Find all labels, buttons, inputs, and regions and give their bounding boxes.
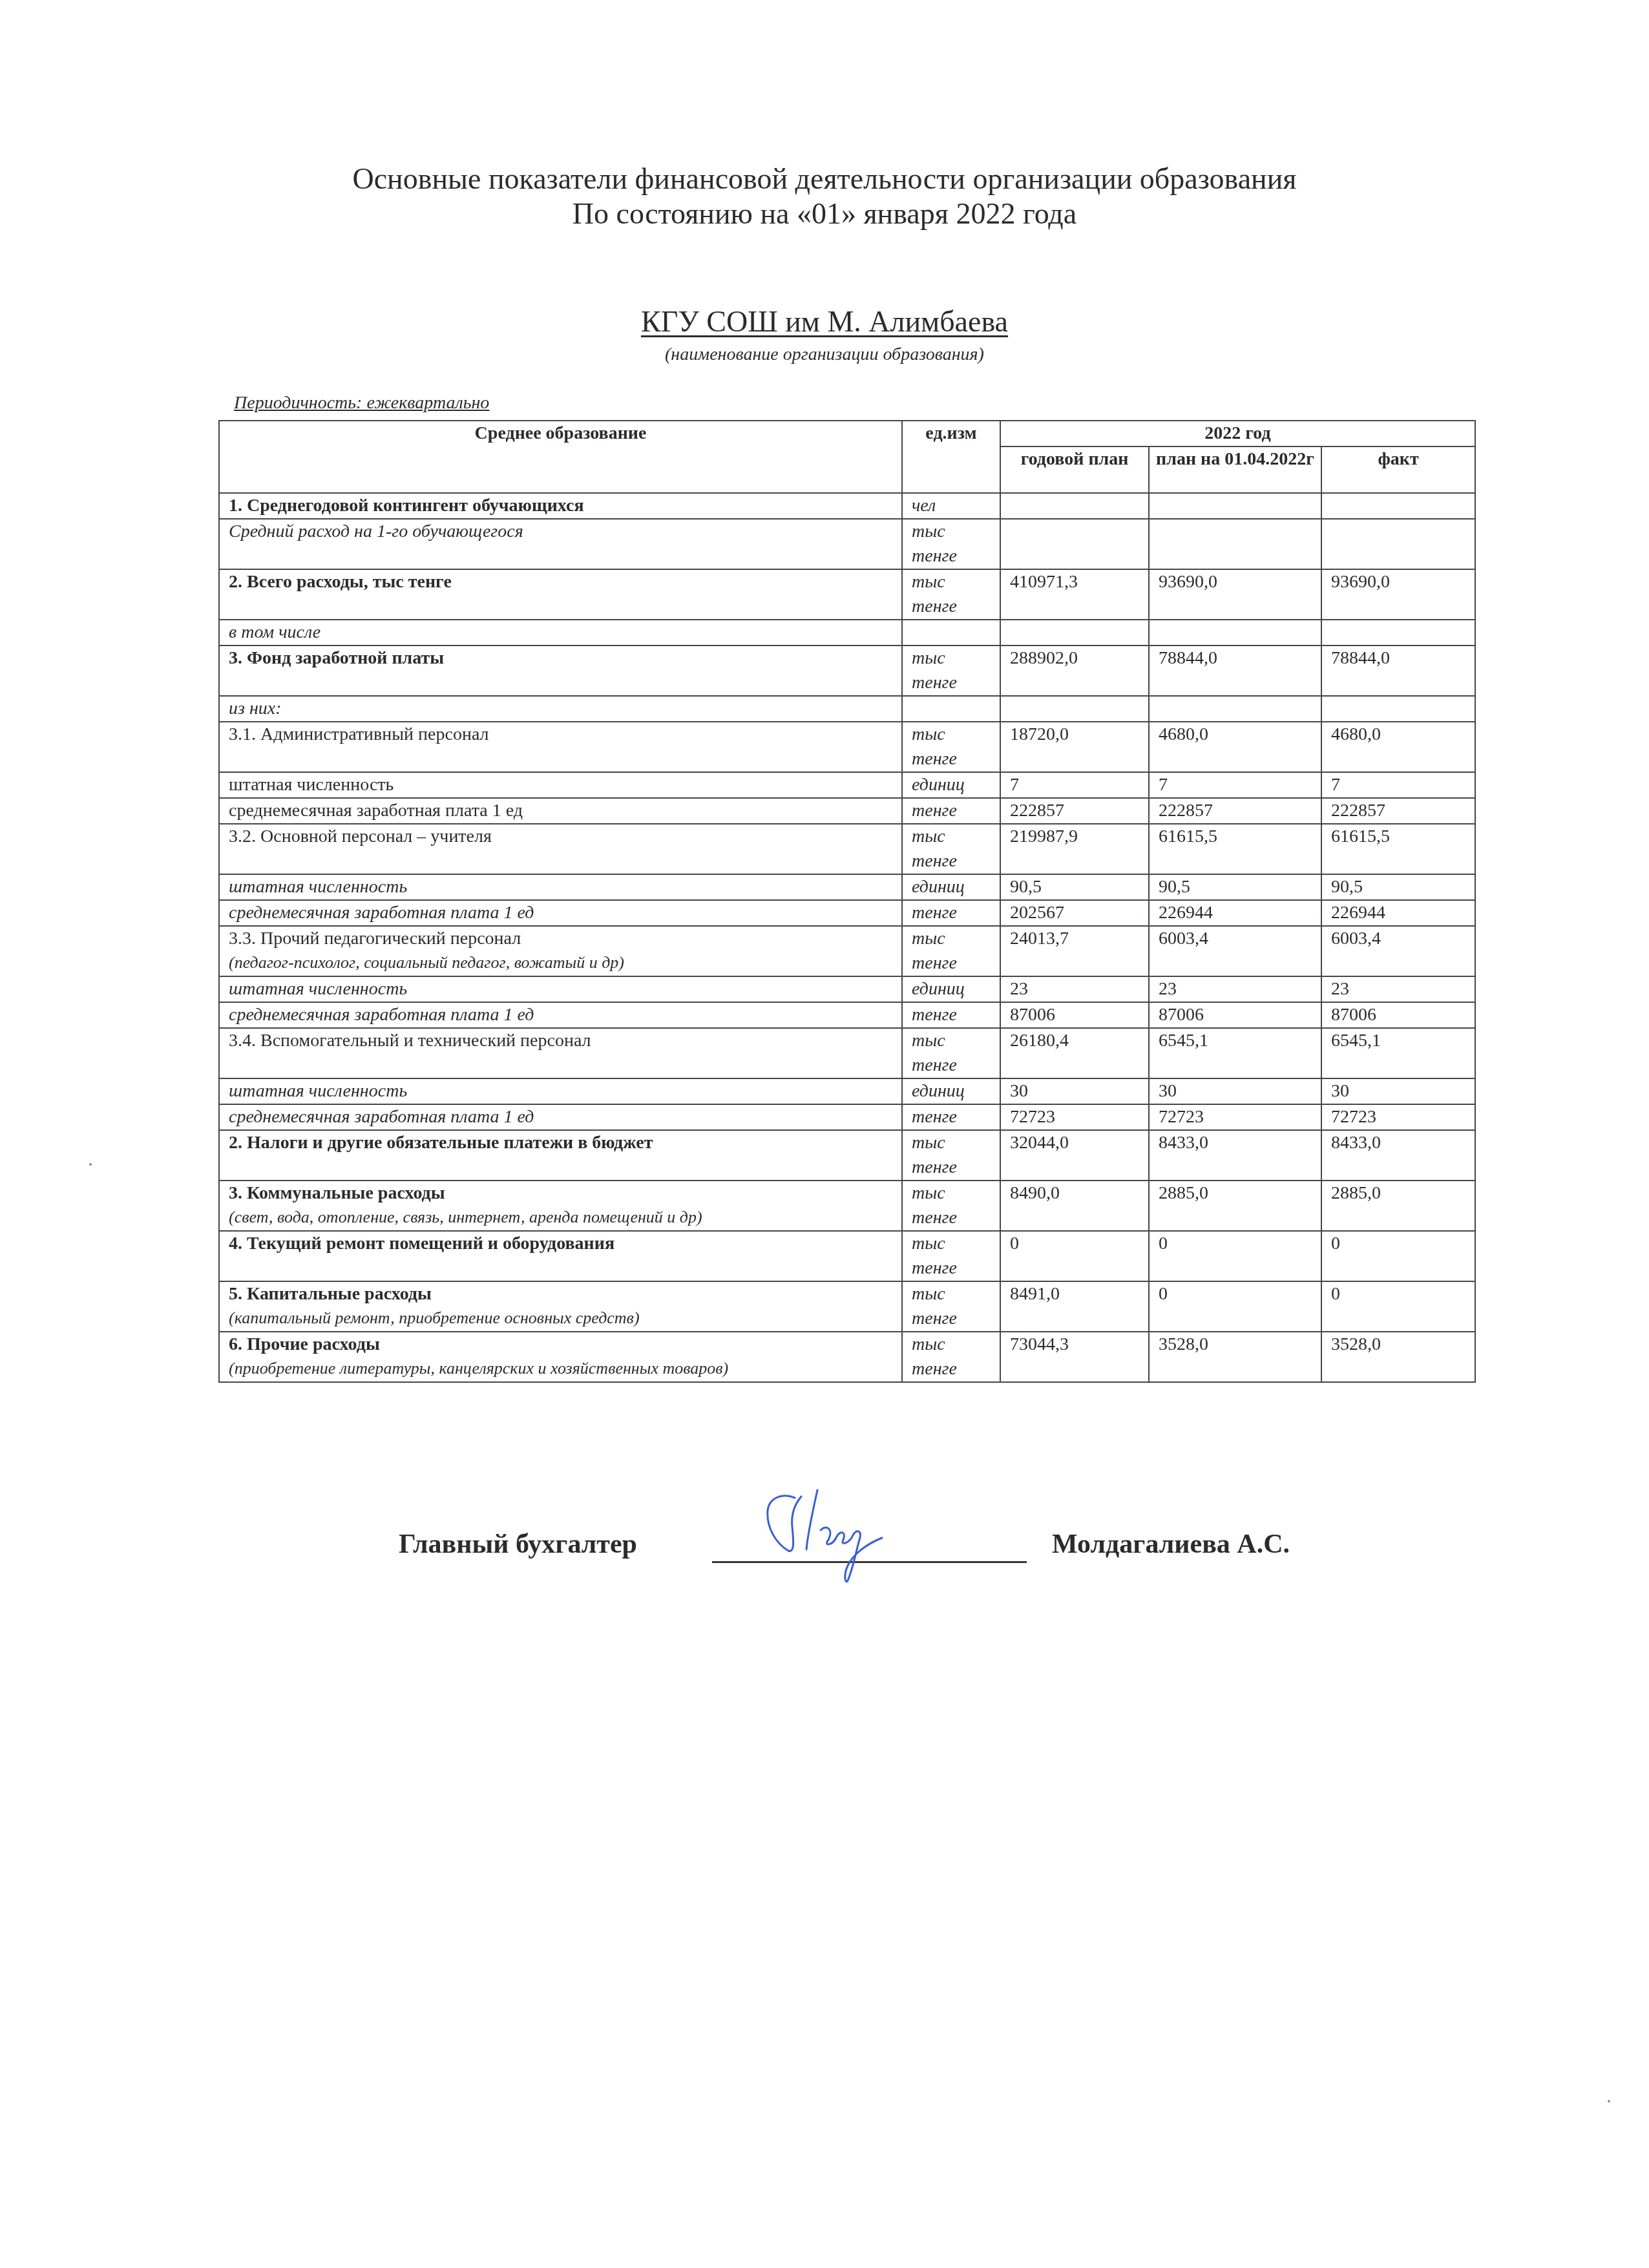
table-row: штатная численностьединиц303030: [219, 1078, 1475, 1104]
table-row: штатная численностьединиц90,590,590,5: [219, 874, 1475, 900]
organization-caption: (наименование организации образования): [0, 344, 1649, 366]
cell-fact: 4680,0: [1321, 722, 1475, 772]
cell-annual-plan: 72723: [1000, 1104, 1149, 1130]
cell-plan-to-date: 226944: [1149, 900, 1321, 926]
row-unit: тыс тенге: [902, 1181, 1000, 1231]
cell-plan-to-date: 72723: [1149, 1104, 1321, 1130]
table-body: 1. Среднегодовой контингент обучающихсяч…: [219, 493, 1475, 1382]
row-unit: тыс тенге: [902, 646, 1000, 696]
row-label: штатная численность: [219, 976, 902, 1002]
cell-fact: 30: [1321, 1078, 1475, 1104]
cell-fact: [1321, 493, 1475, 519]
header-indicator: Среднее образование: [219, 421, 902, 493]
row-unit: единиц: [902, 874, 1000, 900]
row-label-text: 3.4. Вспомогательный и технический персо…: [229, 1031, 591, 1051]
row-label: среднемесячная заработная плата 1 ед: [219, 1002, 902, 1028]
cell-fact: 8433,0: [1321, 1130, 1475, 1181]
row-label: 2. Налоги и другие обязательные платежи …: [219, 1130, 902, 1181]
organization-name: КГУ СОШ им М. Алимбаева: [0, 304, 1649, 340]
cell-fact: 222857: [1321, 798, 1475, 824]
cell-fact: 23: [1321, 976, 1475, 1002]
row-sublabel: (педагог-психолог, социальный педагог, в…: [229, 951, 898, 974]
cell-plan-to-date: 87006: [1149, 1002, 1321, 1028]
row-unit: тенге: [902, 900, 1000, 926]
row-label-text: 2. Всего расходы, тыс тенге: [229, 572, 452, 592]
row-label-text: Средний расход на 1-го обучающегося: [229, 521, 523, 541]
cell-annual-plan: 222857: [1000, 798, 1149, 824]
row-label: 4. Текущий ремонт помещений и оборудован…: [219, 1231, 902, 1281]
cell-plan-to-date: [1149, 493, 1321, 519]
header-unit: ед.изм: [902, 421, 1000, 493]
cell-fact: 6545,1: [1321, 1028, 1475, 1078]
cell-fact: 90,5: [1321, 874, 1475, 900]
row-unit: единиц: [902, 1078, 1000, 1104]
row-label-text: штатная численность: [229, 877, 407, 897]
cell-annual-plan: 23: [1000, 976, 1149, 1002]
row-label: из них:: [219, 696, 902, 722]
table-row: 3.4. Вспомогательный и технический персо…: [219, 1028, 1475, 1078]
row-label: среднемесячная заработная плата 1 ед: [219, 798, 902, 824]
cell-fact: 93690,0: [1321, 569, 1475, 620]
cell-fact: 6003,4: [1321, 926, 1475, 976]
row-label: 1. Среднегодовой контингент обучающихся: [219, 493, 902, 519]
table-row: 3.3. Прочий педагогический персонал(педа…: [219, 926, 1475, 976]
row-label-text: 4. Текущий ремонт помещений и оборудован…: [229, 1234, 614, 1254]
table-row: 1. Среднегодовой контингент обучающихсяч…: [219, 493, 1475, 519]
row-unit: тенге: [902, 1104, 1000, 1130]
cell-fact: [1321, 696, 1475, 722]
row-label-text: штатная численность: [229, 979, 407, 999]
row-label-text: среднемесячная заработная плата 1 ед: [229, 1005, 534, 1025]
row-label-text: 3.1. Административный персонал: [229, 724, 489, 744]
row-unit: [902, 696, 1000, 722]
row-label: 3.4. Вспомогательный и технический персо…: [219, 1028, 902, 1078]
row-sublabel: (капитальный ремонт, приобретение основн…: [229, 1307, 898, 1330]
financial-indicators-table: Среднее образование ед.изм 2022 год годо…: [218, 420, 1476, 1383]
row-label: Средний расход на 1-го обучающегося: [219, 519, 902, 569]
handwritten-signature-icon: [756, 1478, 911, 1588]
cell-fact: 87006: [1321, 1002, 1475, 1028]
row-label: штатная численность: [219, 772, 902, 798]
header-plan-to-date: план на 01.04.2022г: [1149, 446, 1321, 493]
row-label: 3. Фонд заработной платы: [219, 646, 902, 696]
row-unit: тыс тенге: [902, 1130, 1000, 1181]
scan-speck: [89, 1163, 92, 1166]
row-sublabel: (приобретение литературы, канцелярских и…: [229, 1357, 898, 1380]
cell-plan-to-date: 222857: [1149, 798, 1321, 824]
row-label: 6. Прочие расходы(приобретение литератур…: [219, 1332, 902, 1382]
table-row: 5. Капитальные расходы(капитальный ремон…: [219, 1281, 1475, 1332]
cell-plan-to-date: 0: [1149, 1281, 1321, 1332]
table-row: 3.1. Административный персоналтыс тенге1…: [219, 722, 1475, 772]
cell-plan-to-date: 30: [1149, 1078, 1321, 1104]
row-label: 3.3. Прочий педагогический персонал(педа…: [219, 926, 902, 976]
cell-plan-to-date: 61615,5: [1149, 824, 1321, 874]
cell-annual-plan: 8490,0: [1000, 1181, 1149, 1231]
cell-annual-plan: 7: [1000, 772, 1149, 798]
row-unit: тыс тенге: [902, 519, 1000, 569]
cell-plan-to-date: [1149, 696, 1321, 722]
row-unit: тенге: [902, 1002, 1000, 1028]
table-row: 2. Налоги и другие обязательные платежи …: [219, 1130, 1475, 1181]
table-row: 3. Фонд заработной платытыс тенге288902,…: [219, 646, 1475, 696]
row-label: 3.2. Основной персонал – учителя: [219, 824, 902, 874]
table-row: 3. Коммунальные расходы(свет, вода, отоп…: [219, 1181, 1475, 1231]
table-row: Средний расход на 1-го обучающегосятыс т…: [219, 519, 1475, 569]
row-label: 5. Капитальные расходы(капитальный ремон…: [219, 1281, 902, 1332]
row-unit: единиц: [902, 772, 1000, 798]
row-label-text: штатная численность: [229, 1081, 407, 1101]
row-label-text: 3.2. Основной персонал – учителя: [229, 826, 492, 846]
cell-annual-plan: 202567: [1000, 900, 1149, 926]
cell-plan-to-date: 3528,0: [1149, 1332, 1321, 1382]
cell-plan-to-date: 23: [1149, 976, 1321, 1002]
row-unit: единиц: [902, 976, 1000, 1002]
row-unit: тыс тенге: [902, 722, 1000, 772]
scan-speck: [1608, 2100, 1610, 2103]
cell-annual-plan: 32044,0: [1000, 1130, 1149, 1181]
table-row: из них:: [219, 696, 1475, 722]
row-unit: тыс тенге: [902, 1028, 1000, 1078]
row-label-text: 3. Фонд заработной платы: [229, 648, 444, 668]
cell-plan-to-date: 7: [1149, 772, 1321, 798]
row-label: 3. Коммунальные расходы(свет, вода, отоп…: [219, 1181, 902, 1231]
row-label-text: из них:: [229, 698, 282, 719]
row-label-text: 3. Коммунальные расходы: [229, 1183, 445, 1203]
table-row: 3.2. Основной персонал – учителятыс тенг…: [219, 824, 1475, 874]
cell-annual-plan: 26180,4: [1000, 1028, 1149, 1078]
row-unit: тыс тенге: [902, 1281, 1000, 1332]
table-row: 6. Прочие расходы(приобретение литератур…: [219, 1332, 1475, 1382]
cell-plan-to-date: [1149, 620, 1321, 646]
document-date-line: По состоянию на «01» января 2022 года: [0, 196, 1649, 231]
table-row: 2. Всего расходы, тыс тенгетыс тенге4109…: [219, 569, 1475, 620]
table-row: среднемесячная заработная плата 1 едтенг…: [219, 798, 1475, 824]
cell-annual-plan: 87006: [1000, 1002, 1149, 1028]
table-row: среднемесячная заработная плата 1 едтенг…: [219, 900, 1475, 926]
cell-annual-plan: 73044,3: [1000, 1332, 1149, 1382]
cell-plan-to-date: 4680,0: [1149, 722, 1321, 772]
row-unit: тенге: [902, 798, 1000, 824]
cell-fact: 61615,5: [1321, 824, 1475, 874]
cell-plan-to-date: 8433,0: [1149, 1130, 1321, 1181]
row-label: среднемесячная заработная плата 1 ед: [219, 1104, 902, 1130]
row-label: штатная численность: [219, 874, 902, 900]
cell-fact: 0: [1321, 1231, 1475, 1281]
row-label: среднемесячная заработная плата 1 ед: [219, 900, 902, 926]
row-unit: чел: [902, 493, 1000, 519]
cell-plan-to-date: 93690,0: [1149, 569, 1321, 620]
cell-fact: 78844,0: [1321, 646, 1475, 696]
organization-name-text: КГУ СОШ им М. Алимбаева: [641, 305, 1008, 338]
cell-fact: 0: [1321, 1281, 1475, 1332]
cell-annual-plan: 288902,0: [1000, 646, 1149, 696]
cell-annual-plan: 0: [1000, 1231, 1149, 1281]
row-label: 2. Всего расходы, тыс тенге: [219, 569, 902, 620]
row-label-text: среднемесячная заработная плата 1 ед: [229, 1107, 534, 1127]
row-unit: [902, 620, 1000, 646]
cell-fact: 72723: [1321, 1104, 1475, 1130]
cell-fact: 226944: [1321, 900, 1475, 926]
cell-fact: 3528,0: [1321, 1332, 1475, 1382]
row-sublabel: (свет, вода, отопление, связь, интернет,…: [229, 1206, 898, 1229]
table-row: среднемесячная заработная плата 1 едтенг…: [219, 1002, 1475, 1028]
signatory-name: Молдагалиева А.С.: [1052, 1525, 1290, 1564]
cell-fact: [1321, 620, 1475, 646]
header-annual-plan: годовой план: [1000, 446, 1149, 493]
cell-fact: 2885,0: [1321, 1181, 1475, 1231]
cell-annual-plan: 24013,7: [1000, 926, 1149, 976]
document-title: Основные показатели финансовой деятельно…: [0, 162, 1649, 196]
cell-annual-plan: 8491,0: [1000, 1281, 1149, 1332]
cell-annual-plan: [1000, 493, 1149, 519]
periodicity-label: Периодичность: ежеквартально: [234, 392, 489, 415]
row-unit: тыс тенге: [902, 1231, 1000, 1281]
row-label-text: штатная численность: [229, 775, 394, 795]
table-row: в том числе: [219, 620, 1475, 646]
cell-plan-to-date: 90,5: [1149, 874, 1321, 900]
cell-annual-plan: [1000, 696, 1149, 722]
row-label-text: среднемесячная заработная плата 1 ед: [229, 903, 534, 923]
cell-plan-to-date: 2885,0: [1149, 1181, 1321, 1231]
row-unit: тыс тенге: [902, 824, 1000, 874]
cell-plan-to-date: [1149, 519, 1321, 569]
row-unit: тыс тенге: [902, 569, 1000, 620]
cell-annual-plan: 219987,9: [1000, 824, 1149, 874]
row-label-text: 3.3. Прочий педагогический персонал: [229, 929, 521, 949]
row-label-text: 6. Прочие расходы: [229, 1334, 380, 1354]
row-label-text: 5. Капитальные расходы: [229, 1284, 432, 1304]
row-label-text: 2. Налоги и другие обязательные платежи …: [229, 1133, 653, 1153]
cell-annual-plan: 30: [1000, 1078, 1149, 1104]
cell-annual-plan: 18720,0: [1000, 722, 1149, 772]
cell-plan-to-date: 6003,4: [1149, 926, 1321, 976]
row-unit: тыс тенге: [902, 1332, 1000, 1382]
row-label-text: 1. Среднегодовой контингент обучающихся: [229, 496, 584, 516]
header-year-group: 2022 год: [1000, 421, 1475, 446]
table-row: 4. Текущий ремонт помещений и оборудован…: [219, 1231, 1475, 1281]
row-label-text: среднемесячная заработная плата 1 ед: [229, 801, 523, 821]
table-row: среднемесячная заработная плата 1 едтенг…: [219, 1104, 1475, 1130]
cell-plan-to-date: 6545,1: [1149, 1028, 1321, 1078]
cell-plan-to-date: 78844,0: [1149, 646, 1321, 696]
table-row: штатная численностьединиц232323: [219, 976, 1475, 1002]
row-label: в том числе: [219, 620, 902, 646]
cell-annual-plan: 90,5: [1000, 874, 1149, 900]
cell-fact: 7: [1321, 772, 1475, 798]
row-label: штатная численность: [219, 1078, 902, 1104]
cell-annual-plan: [1000, 519, 1149, 569]
signatory-position: Главный бухгалтер: [399, 1525, 637, 1564]
row-unit: тыс тенге: [902, 926, 1000, 976]
cell-fact: [1321, 519, 1475, 569]
row-label: 3.1. Административный персонал: [219, 722, 902, 772]
cell-plan-to-date: 0: [1149, 1231, 1321, 1281]
table-row: штатная численностьединиц777: [219, 772, 1475, 798]
row-label-text: в том числе: [229, 622, 320, 642]
cell-annual-plan: [1000, 620, 1149, 646]
header-fact: факт: [1321, 446, 1475, 493]
cell-annual-plan: 410971,3: [1000, 569, 1149, 620]
